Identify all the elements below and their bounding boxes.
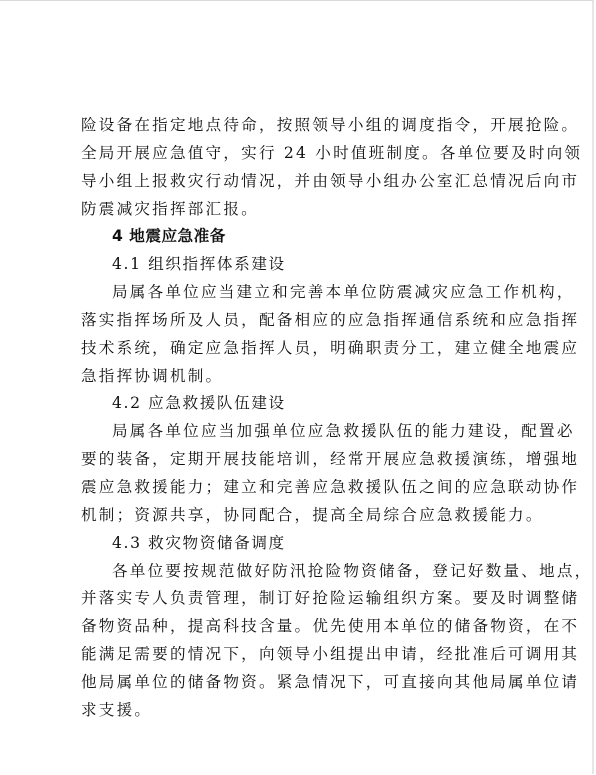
text-line: 要的装备，定期开展技能培训，经常开展应急救援演练，增强地 — [81, 446, 523, 474]
text-line: 各单位要按规范做好防汛抢险物资储备，登记好数量、地点， — [81, 558, 523, 586]
text-line: 局属各单位应当建立和完善本单位防震减灾应急工作机构， — [81, 279, 523, 307]
text-line: 导小组上报救灾行动情况，并由领导小组办公室汇总情况后向市 — [81, 168, 523, 196]
section-heading-4: 4 地震应急准备 — [81, 223, 523, 251]
text-line: 全局开展应急值守，实行 24 小时值班制度。各单位要及时向领 — [81, 140, 523, 168]
text-line: 防震减灾指挥部汇报。 — [81, 196, 523, 224]
text-line: 局属各单位应当加强单位应急救援队伍的能力建设，配置必 — [81, 418, 523, 446]
subsection-heading-4-2: 4.2 应急救援队伍建设 — [81, 390, 523, 418]
subsection-heading-4-1: 4.1 组织指挥体系建设 — [81, 251, 523, 279]
paragraph-4-3: 各单位要按规范做好防汛抢险物资储备，登记好数量、地点， 并落实专人负责管理，制订… — [81, 558, 523, 725]
text-line: 技术系统，确定应急指挥人员，明确职责分工，建立健全地震应 — [81, 335, 523, 363]
paragraph-4-2: 局属各单位应当加强单位应急救援队伍的能力建设，配置必 要的装备，定期开展技能培训… — [81, 418, 523, 529]
text-line: 备物资品种，提高科技含量。优先使用本单位的储备物资，在不 — [81, 613, 523, 641]
text-line: 险设备在指定地点待命，按照领导小组的调度指令，开展抢险。 — [81, 112, 523, 140]
page-content: 险设备在指定地点待命，按照领导小组的调度指令，开展抢险。 全局开展应急值守，实行… — [81, 112, 523, 725]
text-line: 求支援。 — [81, 697, 523, 725]
text-line: 机制；资源共享，协同配合，提高全局综合应急救援能力。 — [81, 502, 523, 530]
subsection-heading-4-3: 4.3 救灾物资储备调度 — [81, 530, 523, 558]
document-page: 险设备在指定地点待命，按照领导小组的调度指令，开展抢险。 全局开展应急值守，实行… — [0, 0, 594, 774]
text-line: 能满足需要的情况下，向领导小组提出申请，经批准后可调用其 — [81, 641, 523, 669]
text-line: 他局属单位的储备物资。紧急情况下，可直接向其他局属单位请 — [81, 669, 523, 697]
text-line: 震应急救援能力；建立和完善应急救援队伍之间的应急联动协作 — [81, 474, 523, 502]
paragraph-continued: 险设备在指定地点待命，按照领导小组的调度指令，开展抢险。 全局开展应急值守，实行… — [81, 112, 523, 223]
text-line: 并落实专人负责管理，制订好抢险运输组织方案。要及时调整储 — [81, 585, 523, 613]
text-line: 急指挥协调机制。 — [81, 363, 523, 391]
paragraph-4-1: 局属各单位应当建立和完善本单位防震减灾应急工作机构， 落实指挥场所及人员，配备相… — [81, 279, 523, 390]
text-line: 落实指挥场所及人员，配备相应的应急指挥通信系统和应急指挥 — [81, 307, 523, 335]
